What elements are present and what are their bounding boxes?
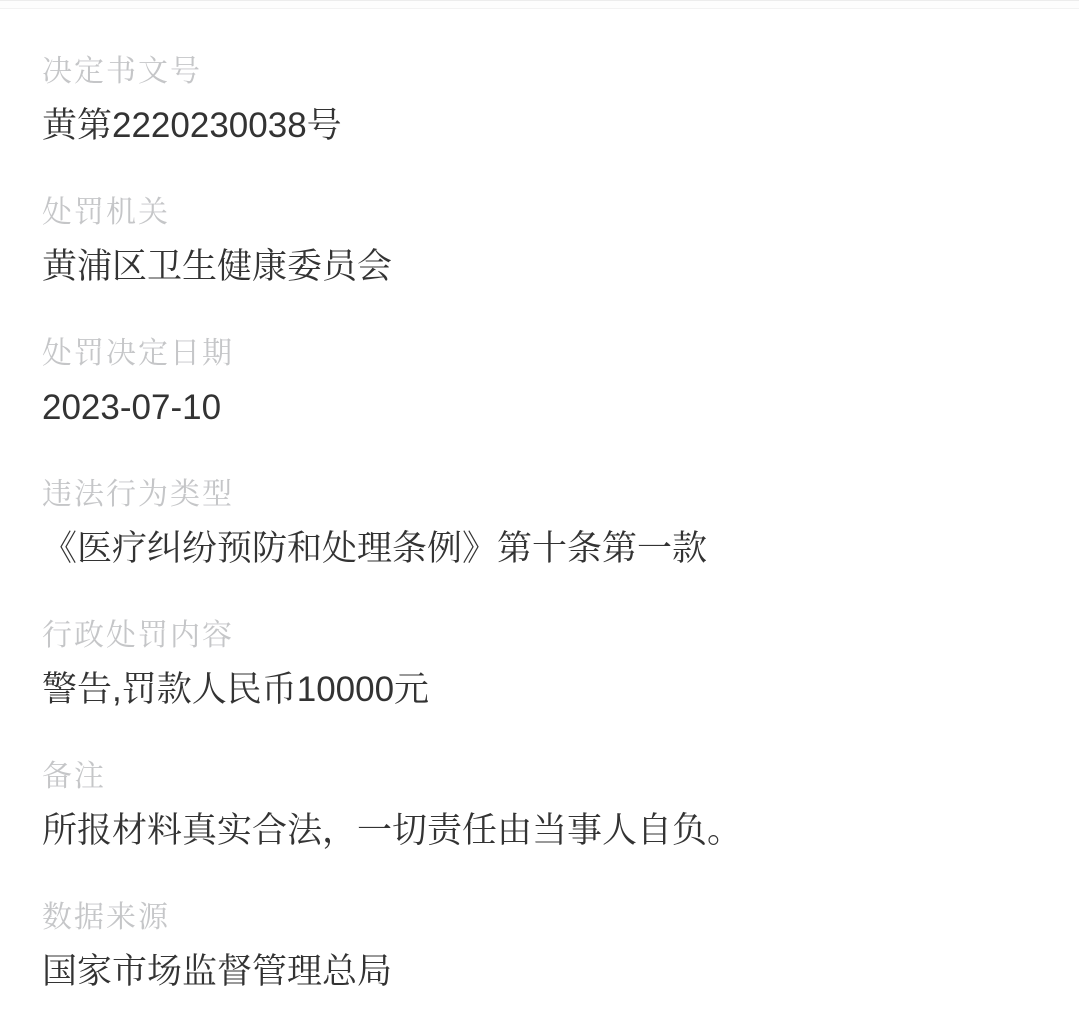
field-row: 违法行为类型 《医疗纠纷预防和处理条例》第十条第一款 xyxy=(42,476,1039,572)
penalty-detail-screen: 决定书文号 黄第2220230038号 处罚机关 黄浦区卫生健康委员会 处罚决定… xyxy=(0,0,1079,1009)
field-row: 备注 所报材料真实合法，一切责任由当事人自负。 xyxy=(42,758,1039,854)
field-value: 所报材料真实合法，一切责任由当事人自负。 xyxy=(42,808,1039,854)
field-label: 处罚决定日期 xyxy=(42,335,1039,373)
field-value: 黄第2220230038号 xyxy=(42,103,1039,149)
field-value: 黄浦区卫生健康委员会 xyxy=(42,244,1039,290)
field-label: 备注 xyxy=(42,758,1039,796)
field-row: 数据来源 国家市场监督管理总局 xyxy=(42,899,1039,995)
field-value: 2023-07-10 xyxy=(42,385,1039,431)
field-label: 违法行为类型 xyxy=(42,476,1039,514)
field-value: 《医疗纠纷预防和处理条例》第十条第一款 xyxy=(42,526,1039,572)
field-label: 决定书文号 xyxy=(42,53,1039,91)
field-row: 处罚决定日期 2023-07-10 xyxy=(42,335,1039,431)
field-value: 国家市场监督管理总局 xyxy=(42,949,1039,995)
field-label: 处罚机关 xyxy=(42,194,1039,232)
field-row: 处罚机关 黄浦区卫生健康委员会 xyxy=(42,194,1039,290)
field-label: 行政处罚内容 xyxy=(42,617,1039,655)
field-label: 数据来源 xyxy=(42,899,1039,937)
penalty-detail-list: 决定书文号 黄第2220230038号 处罚机关 黄浦区卫生健康委员会 处罚决定… xyxy=(0,9,1079,1009)
top-divider xyxy=(0,0,1079,9)
field-row: 行政处罚内容 警告,罚款人民币10000元 xyxy=(42,617,1039,713)
field-value: 警告,罚款人民币10000元 xyxy=(42,667,1039,713)
field-row: 决定书文号 黄第2220230038号 xyxy=(42,53,1039,149)
